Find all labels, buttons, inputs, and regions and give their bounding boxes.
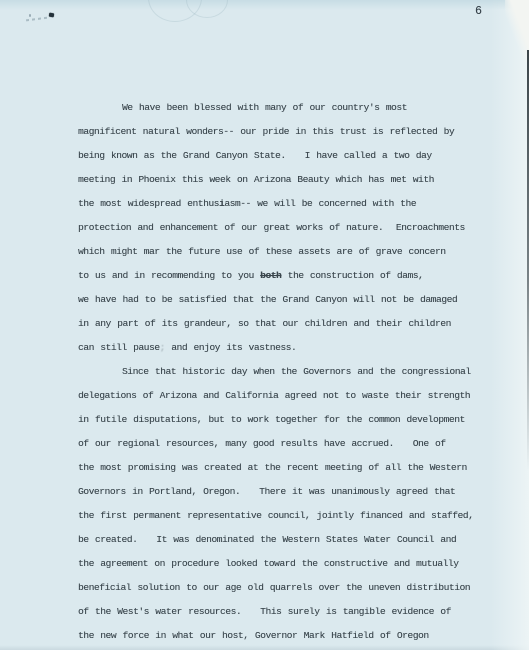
text-segment: being known as the Grand Canyon State. I… — [78, 150, 432, 161]
document-line: the new force in what our host, Governor… — [78, 624, 498, 648]
document-line: beneficial solution to our age old quarr… — [78, 576, 498, 600]
document-line: We have been blessed with many of our co… — [78, 96, 498, 120]
typewritten-text-body: We have been blessed with many of our co… — [78, 96, 498, 648]
text-segment: the most widespread enthus — [78, 198, 219, 209]
text-segment: the new force in what our host, Governor… — [78, 630, 429, 641]
text-segment: of our regional resources, many good res… — [78, 438, 446, 449]
text-segment: and enjoy its vastness. — [165, 342, 296, 353]
text-segment: of the West's water resources. This sure… — [78, 606, 451, 617]
document-line: Governors in Portland, Oregon. There it … — [78, 480, 498, 504]
document-line: meeting in Phoenix this week on Arizona … — [78, 168, 498, 192]
document-line: we have had to be satisfied that the Gra… — [78, 288, 498, 312]
document-line: be created. It was denominated the Weste… — [78, 528, 498, 552]
document-line: the first permanent representative counc… — [78, 504, 498, 528]
text-segment: the construction of dams, — [281, 270, 423, 281]
text-segment: which might mar the future use of these … — [78, 246, 446, 257]
document-line: the most promising was created at the re… — [78, 456, 498, 480]
document-line: magnificent natural wonders-- our pride … — [78, 120, 498, 144]
text-segment: be created. It was denominated the Weste… — [78, 534, 456, 545]
document-line: in futile disputations, but to work toge… — [78, 408, 498, 432]
document-line: the agreement on procedure looked toward… — [78, 552, 498, 576]
document-line: can still pause; and enjoy its vastness. — [78, 336, 498, 360]
text-segment: to us and in recommending to you — [78, 270, 260, 281]
text-segment: magnificent natural wonders-- our pride … — [78, 126, 454, 137]
text-segment: in any part of its grandeur, so that our… — [78, 318, 451, 329]
corrected-text: both — [260, 270, 281, 281]
document-line: protection and enhancement of our great … — [78, 216, 498, 240]
document-line: being known as the Grand Canyon State. I… — [78, 144, 498, 168]
document-line: of our regional resources, many good res… — [78, 432, 498, 456]
text-segment: can still pause — [78, 342, 160, 353]
corrected-text: ; — [160, 342, 165, 353]
text-segment: We have been blessed with many of our co… — [122, 102, 407, 113]
page-number: 6 — [475, 5, 482, 18]
text-segment: Governors in Portland, Oregon. There it … — [78, 486, 455, 497]
ink-smudge — [49, 13, 55, 18]
document-line: delegations of Arizona and California ag… — [78, 384, 498, 408]
document-line: in any part of its grandeur, so that our… — [78, 312, 498, 336]
document-line: to us and in recommending to you both th… — [78, 264, 498, 288]
document-line: which might mar the future use of these … — [78, 240, 498, 264]
scanned-document-page: 6 We have been blessed with many of our … — [0, 0, 529, 650]
text-segment: asm-- we will be concerned with the — [224, 198, 416, 209]
ink-smudge — [29, 14, 31, 17]
document-line: of the West's water resources. This sure… — [78, 600, 498, 624]
text-segment: delegations of Arizona and California ag… — [78, 390, 470, 401]
text-segment: the first permanent representative counc… — [78, 510, 473, 521]
document-line: the most widespread enthusiasm-- we will… — [78, 192, 498, 216]
text-segment: meeting in Phoenix this week on Arizona … — [78, 174, 434, 185]
text-segment: beneficial solution to our age old quarr… — [78, 582, 470, 593]
text-segment: the most promising was created at the re… — [78, 462, 467, 473]
text-segment: the agreement on procedure looked toward… — [78, 558, 459, 569]
text-segment: Since that historic day when the Governo… — [122, 366, 471, 377]
text-segment: we have had to be satisfied that the Gra… — [78, 294, 457, 305]
text-segment: protection and enhancement of our great … — [78, 222, 465, 233]
text-segment: in futile disputations, but to work toge… — [78, 414, 465, 425]
ink-smudge — [26, 17, 48, 22]
paper-corner — [505, 0, 529, 62]
document-line: Since that historic day when the Governo… — [78, 360, 498, 384]
